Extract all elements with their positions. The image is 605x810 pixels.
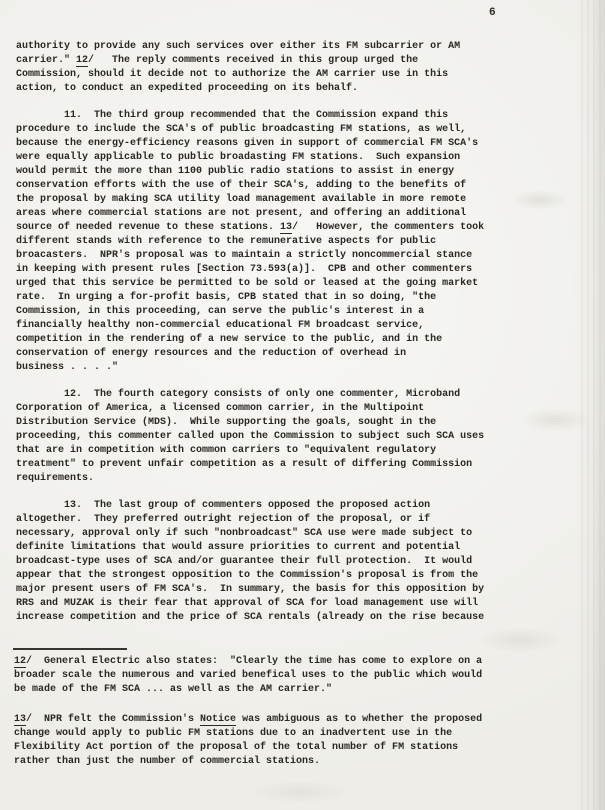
- footnote-ref-13: 13: [280, 222, 292, 234]
- text-segment: that are in competition with common carr…: [16, 445, 436, 456]
- document-page: 6 authority to provide any such services…: [0, 0, 605, 810]
- text-segment: necessary, approval only if such "nonbro…: [16, 528, 472, 539]
- paragraph-continuation: authority to provide any such services o…: [16, 40, 484, 96]
- text-segment: areas where commercial stations are not …: [16, 208, 466, 219]
- text-line: RRS and MUZAK is their fear that approva…: [16, 597, 484, 611]
- text-segment: business . . . .": [16, 362, 118, 373]
- page-number: 6: [489, 6, 496, 20]
- text-segment: change would apply to public FM stations…: [14, 728, 452, 739]
- text-line: necessary, approval only if such "nonbro…: [16, 527, 484, 541]
- text-segment: different stands with reference to the r…: [16, 236, 436, 247]
- text-segment: conservation efforts with the use of the…: [16, 180, 466, 191]
- text-segment: definite limitations that would assure p…: [16, 542, 460, 553]
- text-line: action, to conduct an expedited proceedi…: [16, 82, 484, 96]
- footnote-separator: [13, 648, 127, 650]
- text-segment: Flexibility Act portion of the proposal …: [14, 742, 458, 753]
- text-line: major present users of FM SCA's. In summ…: [16, 583, 484, 597]
- text-line: altogether. They preferred outright reje…: [16, 513, 484, 527]
- text-segment: rather than just the number of commercia…: [14, 756, 320, 767]
- text-line: authority to provide any such services o…: [16, 40, 484, 54]
- text-segment: RRS and MUZAK is their fear that approva…: [16, 598, 478, 609]
- text-segment: 12. The fourth category consists of only…: [16, 389, 460, 400]
- text-segment: because the energy-efficiency reasons gi…: [16, 138, 478, 149]
- text-line: that are in competition with common carr…: [16, 444, 484, 458]
- text-segment: 13. The last group of commenters opposed…: [16, 500, 430, 511]
- text-segment: the proposal by making SCA utility load …: [16, 194, 466, 205]
- text-segment: was ambiguous as to whether the proposed: [236, 714, 482, 725]
- text-line: urged that this service be permitted to …: [16, 277, 484, 291]
- text-line: areas where commercial stations are not …: [16, 207, 484, 221]
- text-segment: / The reply comments received in this gr…: [88, 55, 418, 66]
- text-segment: altogether. They preferred outright reje…: [16, 514, 430, 525]
- text-line: Commission, in this proceeding, can serv…: [16, 305, 484, 319]
- text-line: Distribution Service (MDS). While suppor…: [16, 416, 484, 430]
- document-body: authority to provide any such services o…: [16, 40, 484, 638]
- text-line: carrier." 12/ The reply comments receive…: [16, 54, 484, 68]
- text-segment: financially healthy non-commercial educa…: [16, 320, 424, 331]
- text-line: broadcast-type uses of SCA and/or guaran…: [16, 555, 484, 569]
- text-segment: would permit the more than 1100 public r…: [16, 166, 454, 177]
- text-segment: major present users of FM SCA's. In summ…: [16, 584, 484, 595]
- text-segment: competition in the rendering of a new se…: [16, 334, 442, 345]
- text-segment: source of needed revenue to these statio…: [16, 222, 280, 233]
- text-line: different stands with reference to the r…: [16, 235, 484, 249]
- text-line: conservation of energy resources and the…: [16, 347, 484, 361]
- paragraph-12: 12. The fourth category consists of only…: [16, 388, 484, 486]
- footnote-number-13: 13: [14, 714, 26, 726]
- text-line: appear that the strongest opposition to …: [16, 569, 484, 583]
- text-line: proceeding, this commenter called upon t…: [16, 430, 484, 444]
- text-line: in keeping with present rules [Section 7…: [16, 263, 484, 277]
- text-segment: / However, the commenters took: [292, 222, 484, 233]
- text-segment: / General Electric also states: "Clearly…: [26, 656, 482, 667]
- text-segment: conservation of energy resources and the…: [16, 348, 406, 359]
- text-line: broader scale the numerous and varied be…: [14, 669, 482, 683]
- text-segment: 11. The third group recommended that the…: [16, 110, 448, 121]
- text-line: because the energy-efficiency reasons gi…: [16, 137, 484, 151]
- text-segment: authority to provide any such services o…: [16, 41, 460, 52]
- text-segment: treatment" to prevent unfair competition…: [16, 459, 472, 470]
- text-segment: procedure to include the SCA's of public…: [16, 124, 466, 135]
- text-segment: be made of the FM SCA ... as well as the…: [14, 684, 332, 695]
- text-segment: carrier.": [16, 55, 76, 66]
- text-segment: / NPR felt the Commission's: [26, 714, 200, 725]
- text-segment: broacasters. NPR's proposal was to maint…: [16, 250, 472, 261]
- text-line: requirements.: [16, 472, 484, 486]
- paragraph-11: 11. The third group recommended that the…: [16, 109, 484, 375]
- text-segment: urged that this service be permitted to …: [16, 278, 478, 289]
- text-segment: Distribution Service (MDS). While suppor…: [16, 417, 436, 428]
- text-line: 13. The last group of commenters opposed…: [16, 499, 484, 513]
- text-line: 12/ General Electric also states: "Clear…: [14, 655, 482, 669]
- text-line: conservation efforts with the use of the…: [16, 179, 484, 193]
- text-line: 12. The fourth category consists of only…: [16, 388, 484, 402]
- footnotes-section: 12/ General Electric also states: "Clear…: [14, 655, 482, 785]
- text-line: be made of the FM SCA ... as well as the…: [14, 683, 482, 697]
- text-line: business . . . .": [16, 361, 484, 375]
- text-line: procedure to include the SCA's of public…: [16, 123, 484, 137]
- text-line: definite limitations that would assure p…: [16, 541, 484, 555]
- paragraph-13: 13. The last group of commenters opposed…: [16, 499, 484, 625]
- footnote-13: 13/ NPR felt the Commission's Notice was…: [14, 713, 482, 769]
- footnote-ref-12: 12: [76, 55, 88, 67]
- text-line: Flexibility Act portion of the proposal …: [14, 741, 482, 755]
- text-segment: Commission, should it decide not to auth…: [16, 69, 448, 80]
- text-segment: Corporation of America, a licensed commo…: [16, 403, 424, 414]
- text-segment: in keeping with present rules [Section 7…: [16, 264, 472, 275]
- footnote-12: 12/ General Electric also states: "Clear…: [14, 655, 482, 697]
- text-line: 11. The third group recommended that the…: [16, 109, 484, 123]
- text-segment: broader scale the numerous and varied be…: [14, 670, 482, 681]
- text-line: broacasters. NPR's proposal was to maint…: [16, 249, 484, 263]
- text-line: competition in the rendering of a new se…: [16, 333, 484, 347]
- text-line: were equally applicable to public broada…: [16, 151, 484, 165]
- text-line: rate. In urging a for-profit basis, CPB …: [16, 291, 484, 305]
- text-line: 13/ NPR felt the Commission's Notice was…: [14, 713, 482, 727]
- text-line: increase competition and the price of SC…: [16, 611, 484, 625]
- text-segment: were equally applicable to public broada…: [16, 152, 460, 163]
- text-line: Corporation of America, a licensed commo…: [16, 402, 484, 416]
- text-segment: appear that the strongest opposition to …: [16, 570, 478, 581]
- text-line: change would apply to public FM stations…: [14, 727, 482, 741]
- text-segment: proceeding, this commenter called upon t…: [16, 431, 484, 442]
- text-segment: Commission, in this proceeding, can serv…: [16, 306, 424, 317]
- text-line: treatment" to prevent unfair competition…: [16, 458, 484, 472]
- text-segment: increase competition and the price of SC…: [16, 612, 484, 623]
- notice-document-title: Notice: [200, 714, 236, 726]
- footnote-number-12: 12: [14, 656, 26, 668]
- text-line: rather than just the number of commercia…: [14, 755, 482, 769]
- text-segment: requirements.: [16, 473, 94, 484]
- text-line: would permit the more than 1100 public r…: [16, 165, 484, 179]
- text-line: the proposal by making SCA utility load …: [16, 193, 484, 207]
- text-segment: rate. In urging a for-profit basis, CPB …: [16, 292, 436, 303]
- text-segment: action, to conduct an expedited proceedi…: [16, 83, 358, 94]
- text-line: source of needed revenue to these statio…: [16, 221, 484, 235]
- text-line: financially healthy non-commercial educa…: [16, 319, 484, 333]
- text-line: Commission, should it decide not to auth…: [16, 68, 484, 82]
- text-segment: broadcast-type uses of SCA and/or guaran…: [16, 556, 472, 567]
